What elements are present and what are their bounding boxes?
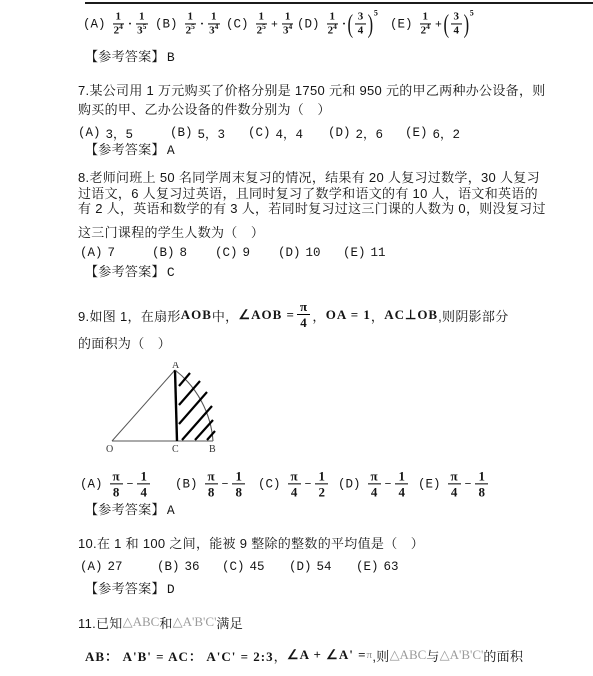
answer-letter: C xyxy=(165,265,175,280)
formula-triangle-ABC-prime: △A'B'C' xyxy=(173,614,217,630)
q7-stem-line-2: 购买的甲、乙办公设备的件数分别为（ ） xyxy=(78,102,331,118)
option-value: 8 xyxy=(180,246,188,260)
q9-reference-answer: 【参考答案】A xyxy=(85,499,175,518)
fraction: 124 xyxy=(113,11,125,36)
q11-stem-line-2: AB： A'B' = AC： A'C' = 2:3 ， ∠A + ∠A' = π… xyxy=(85,646,523,664)
option-value: 2，6 xyxy=(356,124,384,142)
option-value: 36 xyxy=(185,560,200,574)
fraction: 135 xyxy=(136,11,148,36)
q6-option-d: (D) 124 · (34)5 xyxy=(297,11,378,36)
fraction: 124 xyxy=(327,11,339,36)
q8-option-b: (B)8 xyxy=(152,246,187,260)
bracketed-fraction: (34)5 xyxy=(444,11,474,36)
stem-text: 11.已知 xyxy=(78,613,123,632)
q8-stem-line-4: 这三门课程的学生人数为（ ） xyxy=(78,225,264,241)
fraction: π8 xyxy=(110,469,123,498)
formula-ratio: AB： A'B' = AC： A'C' = 2:3 xyxy=(85,646,274,665)
q9-option-b: (B) π8 − 18 xyxy=(175,469,247,498)
operator: · xyxy=(342,17,346,32)
radius-OA xyxy=(112,370,175,441)
q8-reference-answer: 【参考答案】C xyxy=(85,261,175,280)
option-value: 7 xyxy=(108,246,116,260)
answer-letter: A xyxy=(165,143,175,158)
option-value: 27 xyxy=(108,560,123,574)
fraction: π4 xyxy=(288,469,301,498)
q6-option-a: (A) 124 · 135 xyxy=(83,11,150,36)
q10-reference-answer: 【参考答案】D xyxy=(85,578,175,597)
pi-over-4-fraction: π4 xyxy=(297,300,310,329)
stem-text: ,则 xyxy=(372,646,389,665)
hatch-lines xyxy=(179,373,215,440)
fraction: 134 xyxy=(282,11,294,36)
q10-stem: 10.在 1 和 100 之间，能被 9 整除的整数的平均值是（ ） xyxy=(78,536,424,552)
option-value: 45 xyxy=(250,560,265,574)
formula-triangle-ABC: △ABC xyxy=(390,647,427,663)
q10-option-b: (B)36 xyxy=(157,560,200,574)
q7-stem-line-1: 7.某公司用 1 万元购买了价格分别是 1750 元和 950 元的甲乙两种办公… xyxy=(78,83,546,99)
figure-label-O: O xyxy=(106,444,113,454)
formula-triangle-ABC-prime: △A'B'C' xyxy=(440,647,484,663)
top-rule xyxy=(85,2,593,4)
q11-stem-line-1: 11.已知 △ABC 和 △A'B'C' 满足 xyxy=(78,614,243,630)
stem-text: 与 xyxy=(426,646,439,665)
option-value: 9 xyxy=(243,246,251,260)
q8-option-d: (D)10 xyxy=(278,246,321,260)
option-label: (D) xyxy=(297,17,320,31)
fraction: π4 xyxy=(368,469,381,498)
fraction: π8 xyxy=(205,469,218,498)
q9-option-a: (A) π8 − 14 xyxy=(80,469,152,498)
q6-option-e: (E) 124 + (34)5 xyxy=(390,11,474,36)
fraction: 14 xyxy=(395,469,408,498)
answer-letter: A xyxy=(165,503,175,518)
formula-OA-1: OA = 1 xyxy=(326,307,371,323)
q8-stem-line-2: 过语文，6 人复习过英语，且同时复习了数学和语文的有 10 人，语文和英语的 xyxy=(78,186,538,202)
operator: + xyxy=(435,17,442,32)
figure-label-A: A xyxy=(172,362,180,371)
option-value: 4，4 xyxy=(276,124,304,142)
stem-text: 满足 xyxy=(216,613,243,632)
fraction: π4 xyxy=(448,469,461,498)
q9-option-c: (C) π4 − 12 xyxy=(258,469,330,498)
stem-text: 9.如图 1，在扇形 xyxy=(78,306,181,325)
option-value: 10 xyxy=(306,246,321,260)
stem-text: 和 xyxy=(159,613,172,632)
stem-text: ， xyxy=(312,306,325,325)
operator: · xyxy=(200,17,204,32)
q6-reference-answer: 【参考答案】B xyxy=(85,46,175,65)
formula-AOB: AOB xyxy=(181,307,212,323)
figure-label-C: C xyxy=(172,444,179,454)
q8-option-a: (A)7 xyxy=(80,246,115,260)
option-value: 54 xyxy=(317,560,332,574)
q8-stem-line-1: 8.老师问班上 50 名同学周末复习的情况，结果有 20 人复习过数学，30 人… xyxy=(78,170,540,186)
option-value: 63 xyxy=(384,560,399,574)
sector-figure: A O C B xyxy=(100,362,225,454)
fraction: 125 xyxy=(185,11,197,36)
fraction: 12 xyxy=(315,469,328,498)
option-label: (B) xyxy=(155,17,178,31)
q9-stem-line-2: 的面积为（ ） xyxy=(78,336,171,352)
stem-text: 的面积 xyxy=(483,646,523,665)
formula-angle-sum: ∠A + ∠A' = xyxy=(287,647,367,663)
q8-option-e: (E)11 xyxy=(343,246,386,260)
fraction: 18 xyxy=(232,469,245,498)
stem-text: ,则阴影部分 xyxy=(438,306,508,325)
q9-option-e: (E) π4 − 18 xyxy=(418,469,490,498)
q7-option-e: (E)6，2 xyxy=(405,124,460,142)
stem-text: ， xyxy=(371,306,384,325)
q6-option-b: (B) 125 · 134 xyxy=(155,11,222,36)
bracketed-fraction: (34)5 xyxy=(348,11,378,36)
q8-option-c: (C)9 xyxy=(215,246,250,260)
option-label: (C) xyxy=(226,17,249,31)
option-value: 6，2 xyxy=(433,124,461,142)
q10-option-d: (D)54 xyxy=(289,560,332,574)
q10-option-c: (C)45 xyxy=(222,560,265,574)
q10-option-a: (A)27 xyxy=(80,560,123,574)
fraction: 125 xyxy=(256,11,268,36)
q7-reference-answer: 【参考答案】A xyxy=(85,139,175,158)
option-label: (E) xyxy=(390,17,413,31)
q7-option-d: (D)2，6 xyxy=(328,124,383,142)
figure-label-B: B xyxy=(209,444,216,454)
formula-angle-AOB: ∠AOB = xyxy=(238,307,294,323)
fraction: 14 xyxy=(137,469,150,498)
stem-text: 中， xyxy=(212,306,239,325)
stem-text: ， xyxy=(274,646,287,665)
q10-option-e: (E)63 xyxy=(356,560,399,574)
operator: + xyxy=(271,17,278,32)
q9-option-d: (D) π4 − 14 xyxy=(338,469,410,498)
q6-option-c: (C) 125 + 134 xyxy=(226,11,295,36)
option-value: 11 xyxy=(371,246,386,260)
q7-option-c: (C)4，4 xyxy=(248,124,303,142)
fraction: 18 xyxy=(475,469,488,498)
option-label: (A) xyxy=(83,17,106,31)
q8-stem-line-3: 有 2 人，英语和数学的有 3 人，若同时复习过这三门课的人数为 0，则没复习过 xyxy=(78,201,546,217)
formula-AC-perp-OB: AC⊥OB xyxy=(384,307,438,323)
operator: · xyxy=(128,17,132,32)
exam-page: (A) 124 · 135 (B) 125 · 134 (C) 125 + 13… xyxy=(0,0,593,676)
option-value: 5，3 xyxy=(198,124,226,142)
fraction: 134 xyxy=(208,11,220,36)
fraction: 124 xyxy=(420,11,432,36)
segment-AC xyxy=(175,370,177,441)
answer-letter: D xyxy=(165,582,175,597)
formula-triangle-ABC: △ABC xyxy=(123,614,160,630)
q7-option-b: (B)5，3 xyxy=(170,124,225,142)
answer-letter: B xyxy=(165,50,175,65)
q9-stem-line-1: 9.如图 1，在扇形AOB中， ∠AOB = π4 ， OA = 1 ， AC⊥… xyxy=(78,300,509,330)
